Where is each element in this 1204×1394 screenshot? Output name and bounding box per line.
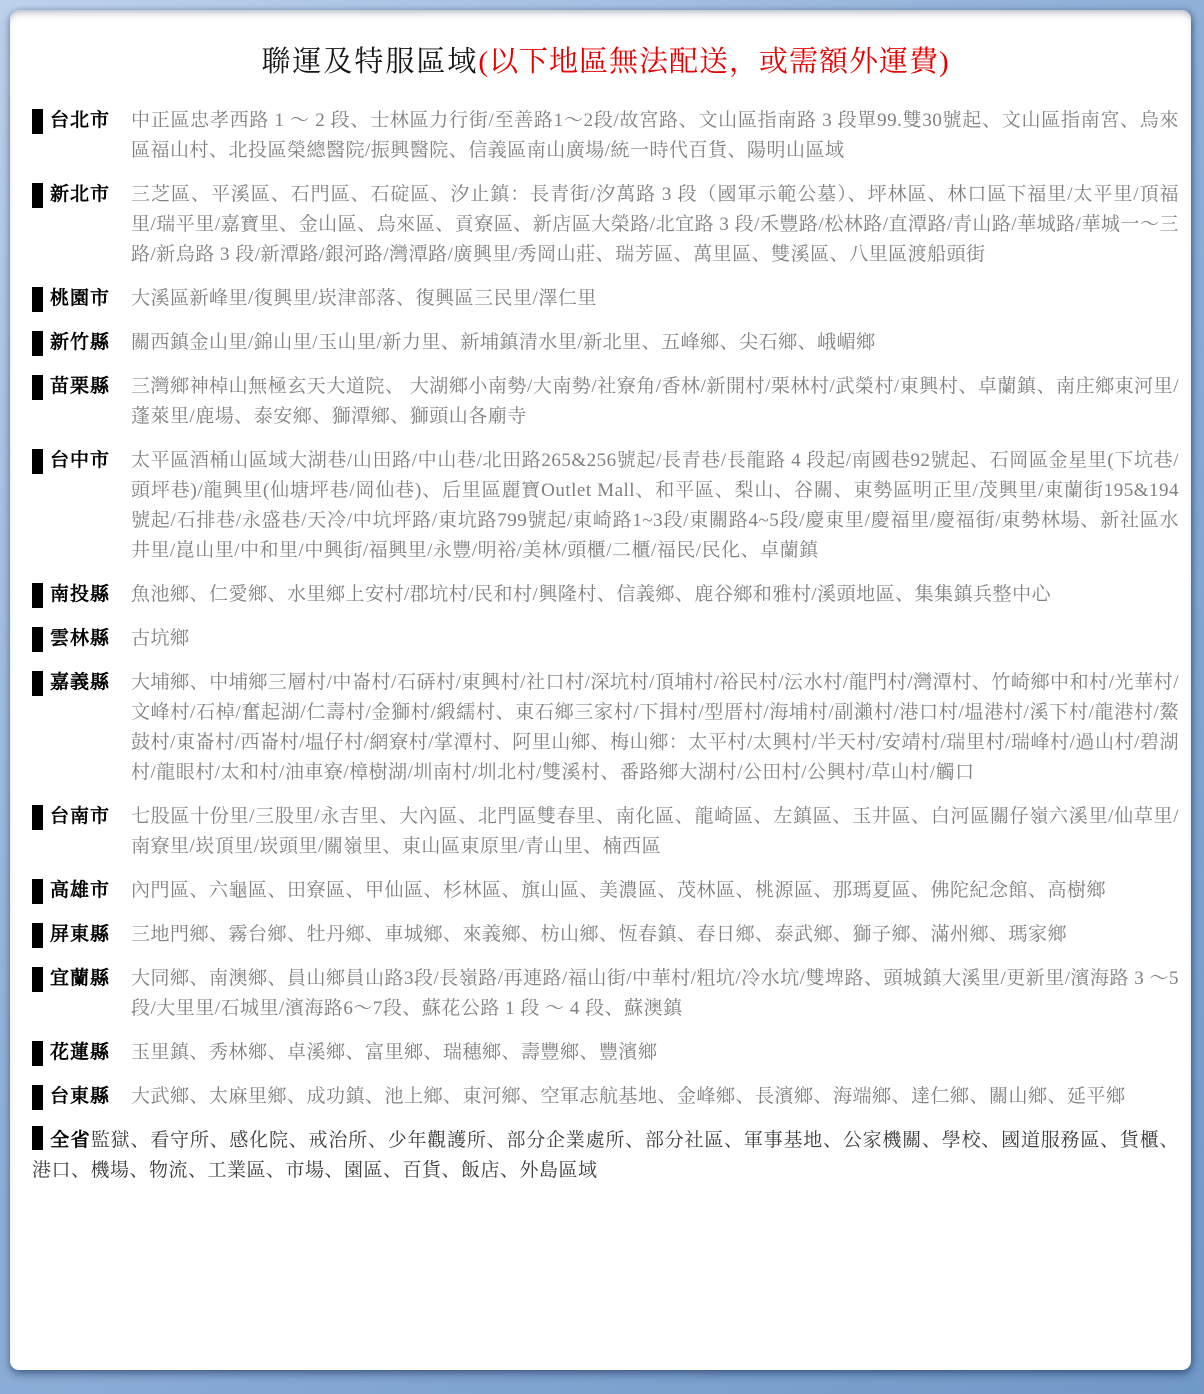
region-areas-text: 太平區酒桶山區域大湖巷/山田路/中山巷/北田路265&256號起/長青巷/長龍路… [131, 446, 1179, 566]
section-marker-icon [32, 375, 43, 400]
title-main: 聯運及特服區域 [261, 46, 478, 78]
region-row: 高雄市內門區、六龜區、田寮區、甲仙區、杉林區、旗山區、美濃區、茂林區、桃源區、那… [32, 876, 1179, 906]
section-marker-icon [32, 805, 43, 830]
region-row: 苗栗縣三灣鄉神棹山無極玄天大道院、 大湖鄉小南勢/大南勢/社寮角/香林/新開村/… [32, 372, 1179, 432]
region-row: 屏東縣三地門鄉、霧台鄉、牡丹鄉、車城鄉、來義鄉、枋山鄉、恆春鎮、春日鄉、泰武鄉、… [32, 920, 1179, 950]
section-marker-icon [32, 879, 43, 904]
section-marker-icon [32, 1085, 43, 1110]
region-label: 全省 [50, 1130, 91, 1151]
region-row: 雲林縣古坑鄉 [32, 624, 1179, 654]
region-areas-text: 三芝區、平溪區、石門區、石碇區、汐止鎮：長青街/汐萬路 3 段（國軍示範公墓）、… [131, 180, 1179, 270]
region-label: 台北市 [50, 106, 122, 136]
region-label: 花蓮縣 [50, 1038, 122, 1068]
section-marker-icon [32, 109, 43, 134]
region-areas-text: 魚池鄉、仁愛鄉、水里鄉上安村/郡坑村/民和村/興隆村、信義鄉、鹿谷鄉和雅村/溪頭… [131, 580, 1179, 610]
region-row: 台東縣大武鄉、太麻里鄉、成功鎮、池上鄉、東河鄉、空軍志航基地、金峰鄉、長濱鄉、海… [32, 1082, 1179, 1112]
region-areas-text: 大同鄉、南澳鄉、員山鄉員山路3段/長嶺路/再連路/福山街/中華村/粗坑/冷水坑/… [131, 964, 1179, 1024]
region-areas-text: 全省監獄、看守所、感化院、戒治所、少年觀護所、部分企業處所、部分社區、軍事基地、… [32, 1126, 1179, 1186]
region-row: 桃園市大溪區新峰里/復興里/崁津部落、復興區三民里/澤仁里 [32, 284, 1179, 314]
region-label: 苗栗縣 [50, 372, 122, 402]
region-label: 台東縣 [50, 1082, 122, 1112]
section-marker-icon [32, 449, 43, 474]
region-label: 嘉義縣 [50, 668, 122, 698]
delivery-notice-panel: 聯運及特服區域(以下地區無法配送，或需額外運費) 台北市中正區忠孝西路 1 ～ … [10, 10, 1191, 1370]
region-row: 台南市七股區十份里/三股里/永吉里、大內區、北門區雙春里、南化區、龍崎區、左鎮區… [32, 802, 1179, 862]
regions-list: 台北市中正區忠孝西路 1 ～ 2 段、士林區力行街/至善路1～2段/故宮路、文山… [32, 106, 1179, 1186]
region-areas-text: 大溪區新峰里/復興里/崁津部落、復興區三民里/澤仁里 [131, 284, 1179, 314]
region-areas-text: 中正區忠孝西路 1 ～ 2 段、士林區力行街/至善路1～2段/故宮路、文山區指南… [131, 106, 1179, 166]
region-label: 南投縣 [50, 580, 122, 610]
region-areas-text: 內門區、六龜區、田寮區、甲仙區、杉林區、旗山區、美濃區、茂林區、桃源區、那瑪夏區… [131, 876, 1179, 906]
region-label: 雲林縣 [50, 624, 122, 654]
region-row: 花蓮縣玉里鎮、秀林鄉、卓溪鄉、富里鄉、瑞穗鄉、壽豐鄉、豐濱鄉 [32, 1038, 1179, 1068]
section-marker-icon [32, 923, 43, 948]
region-label: 宜蘭縣 [50, 964, 122, 994]
section-marker-icon [32, 967, 43, 992]
section-marker-icon [32, 1041, 43, 1066]
region-label: 台南市 [50, 802, 122, 832]
section-marker-icon [32, 287, 43, 312]
section-marker-icon [32, 671, 43, 696]
region-row: 新竹縣關西鎮金山里/錦山里/玉山里/新力里、新埔鎮清水里/新北里、五峰鄉、尖石鄉… [32, 328, 1179, 358]
region-areas-text: 三地門鄉、霧台鄉、牡丹鄉、車城鄉、來義鄉、枋山鄉、恆春鎮、春日鄉、泰武鄉、獅子鄉… [131, 920, 1179, 950]
region-areas-text: 關西鎮金山里/錦山里/玉山里/新力里、新埔鎮清水里/新北里、五峰鄉、尖石鄉、峨嵋… [131, 328, 1179, 358]
region-areas-text: 大埔鄉、中埔鄉三層村/中崙村/石硦村/東興村/社口村/深坑村/頂埔村/裕民村/沄… [131, 668, 1179, 788]
region-areas-text: 大武鄉、太麻里鄉、成功鎮、池上鄉、東河鄉、空軍志航基地、金峰鄉、長濱鄉、海端鄉、… [131, 1082, 1179, 1112]
region-areas-text: 古坑鄉 [131, 624, 1179, 654]
region-label: 新北市 [50, 180, 122, 210]
region-areas-text: 玉里鎮、秀林鄉、卓溪鄉、富里鄉、瑞穗鄉、壽豐鄉、豐濱鄉 [131, 1038, 1179, 1068]
region-areas-text: 七股區十份里/三股里/永吉里、大內區、北門區雙春里、南化區、龍崎區、左鎮區、玉井… [131, 802, 1179, 862]
region-row: 宜蘭縣大同鄉、南澳鄉、員山鄉員山路3段/長嶺路/再連路/福山街/中華村/粗坑/冷… [32, 964, 1179, 1024]
section-marker-icon [32, 183, 43, 208]
section-marker-icon [32, 627, 43, 652]
region-row: 嘉義縣大埔鄉、中埔鄉三層村/中崙村/石硦村/東興村/社口村/深坑村/頂埔村/裕民… [32, 668, 1179, 788]
region-label: 新竹縣 [50, 328, 122, 358]
region-label: 屏東縣 [50, 920, 122, 950]
page-title: 聯運及特服區域(以下地區無法配送，或需額外運費) [32, 44, 1179, 80]
region-row: 全省監獄、看守所、感化院、戒治所、少年觀護所、部分企業處所、部分社區、軍事基地、… [32, 1126, 1179, 1186]
region-row: 台中市太平區酒桶山區域大湖巷/山田路/中山巷/北田路265&256號起/長青巷/… [32, 446, 1179, 566]
section-marker-icon [32, 1126, 43, 1150]
region-label: 桃園市 [50, 284, 122, 314]
region-label: 台中市 [50, 446, 122, 476]
region-row: 新北市三芝區、平溪區、石門區、石碇區、汐止鎮：長青街/汐萬路 3 段（國軍示範公… [32, 180, 1179, 270]
section-marker-icon [32, 331, 43, 356]
region-areas-text: 三灣鄉神棹山無極玄天大道院、 大湖鄉小南勢/大南勢/社寮角/香林/新開村/栗林村… [131, 372, 1179, 432]
section-marker-icon [32, 583, 43, 608]
region-row: 南投縣魚池鄉、仁愛鄉、水里鄉上安村/郡坑村/民和村/興隆村、信義鄉、鹿谷鄉和雅村… [32, 580, 1179, 610]
title-note: (以下地區無法配送，或需額外運費) [478, 46, 949, 78]
region-label: 高雄市 [50, 876, 122, 906]
region-row: 台北市中正區忠孝西路 1 ～ 2 段、士林區力行街/至善路1～2段/故宮路、文山… [32, 106, 1179, 166]
